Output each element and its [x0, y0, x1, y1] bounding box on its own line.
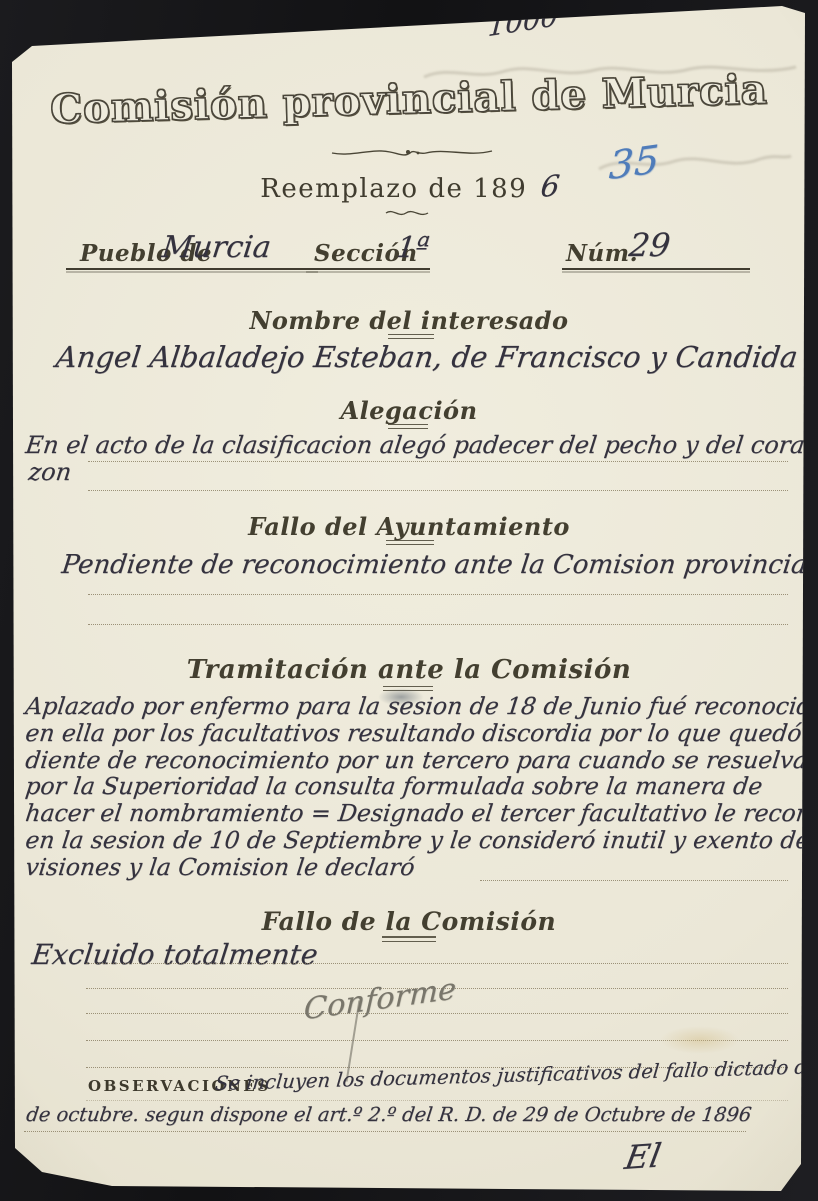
tramitacion-line: en la sesion de 10 de Septiembre y le co… [24, 826, 807, 853]
pueblo-underline [66, 268, 318, 270]
replacement-label: Reemplazo de 189 [260, 174, 527, 204]
replacement-year-handwritten: 6 [539, 168, 561, 204]
observaciones-line2-handwritten: de octubre. segun dispone el art.º 2.º d… [25, 1103, 753, 1126]
tramitacion-line: hacer el nombramiento = Designado el ter… [24, 799, 807, 826]
heading-underline [388, 334, 434, 339]
tramitacion-line: diente de reconocimiento por un tercero … [24, 746, 807, 773]
fallo-ayuntamiento-heading: Fallo del Ayuntamiento [0, 512, 818, 541]
dotted-rule [480, 880, 788, 881]
nombre-heading: Nombre del interesado [0, 306, 818, 335]
alegacion-line-handwritten: En el acto de la clasificacion alegó pad… [24, 431, 815, 459]
heading-underline [388, 424, 428, 429]
fallo-comision-value-handwritten: Excluido totalmente [30, 938, 320, 971]
dotted-rule [88, 461, 788, 462]
dotted-rule [88, 594, 788, 595]
dotted-rule [88, 490, 788, 491]
paper-stain [660, 1026, 740, 1054]
pueblo-value-handwritten: Murcia [160, 230, 273, 265]
fallo-ayuntamiento-line-handwritten: Pendiente de reconocimiento ante la Comi… [60, 550, 817, 580]
corner-number-handwritten: 1000 [487, 2, 559, 43]
nombre-value-handwritten: Angel Albaladejo Esteban, de Francisco y… [54, 340, 800, 374]
dotted-rule [24, 1131, 746, 1132]
heading-underline [382, 936, 436, 942]
dotted-rule [86, 1100, 788, 1101]
tramitacion-line: en ella por los facultativos resultando … [24, 719, 807, 746]
alegacion-line-handwritten: zon [27, 458, 73, 486]
tramitacion-line: visiones y la Comision le declaró [24, 853, 807, 880]
dotted-rule [86, 1013, 788, 1014]
seccion-underline [306, 268, 430, 270]
seccion-value-handwritten: 1ª [395, 230, 431, 264]
scanned-document-photo: 1000 35 Comisión provincial de Murcia Re… [0, 0, 818, 1201]
replacement-year-row: Reemplazo de 189 6 [0, 170, 818, 204]
pencil-note-conforme: Conforme [303, 972, 457, 1028]
heading-underline [386, 540, 434, 545]
title-flourish-ornament [330, 144, 495, 160]
tramitacion-line: Aplazado por enfermo para la sesion de 1… [24, 692, 807, 719]
dotted-rule [86, 963, 788, 964]
num-value-handwritten: 29 [627, 226, 672, 264]
tramitacion-line: por la Superioridad la consulta formulad… [24, 772, 807, 799]
signature-fragment-handwritten: El [622, 1136, 664, 1177]
observaciones-line1-handwritten: Se incluyen los documentos justificativo… [214, 1052, 818, 1095]
dotted-rule [88, 624, 788, 625]
small-ornament [384, 207, 430, 219]
commission-title: Comisión provincial de Murcia [0, 65, 818, 135]
alegacion-heading: Alegación [0, 396, 818, 425]
num-underline [562, 268, 750, 270]
fallo-comision-heading: Fallo de la Comisión [0, 907, 818, 936]
paper-sheet: 1000 35 Comisión provincial de Murcia Re… [0, 0, 818, 1201]
tramitacion-heading: Tramitación ante la Comisión [0, 655, 818, 685]
tramitacion-paragraph-handwritten: Aplazado por enfermo para la sesion de 1… [24, 692, 804, 880]
